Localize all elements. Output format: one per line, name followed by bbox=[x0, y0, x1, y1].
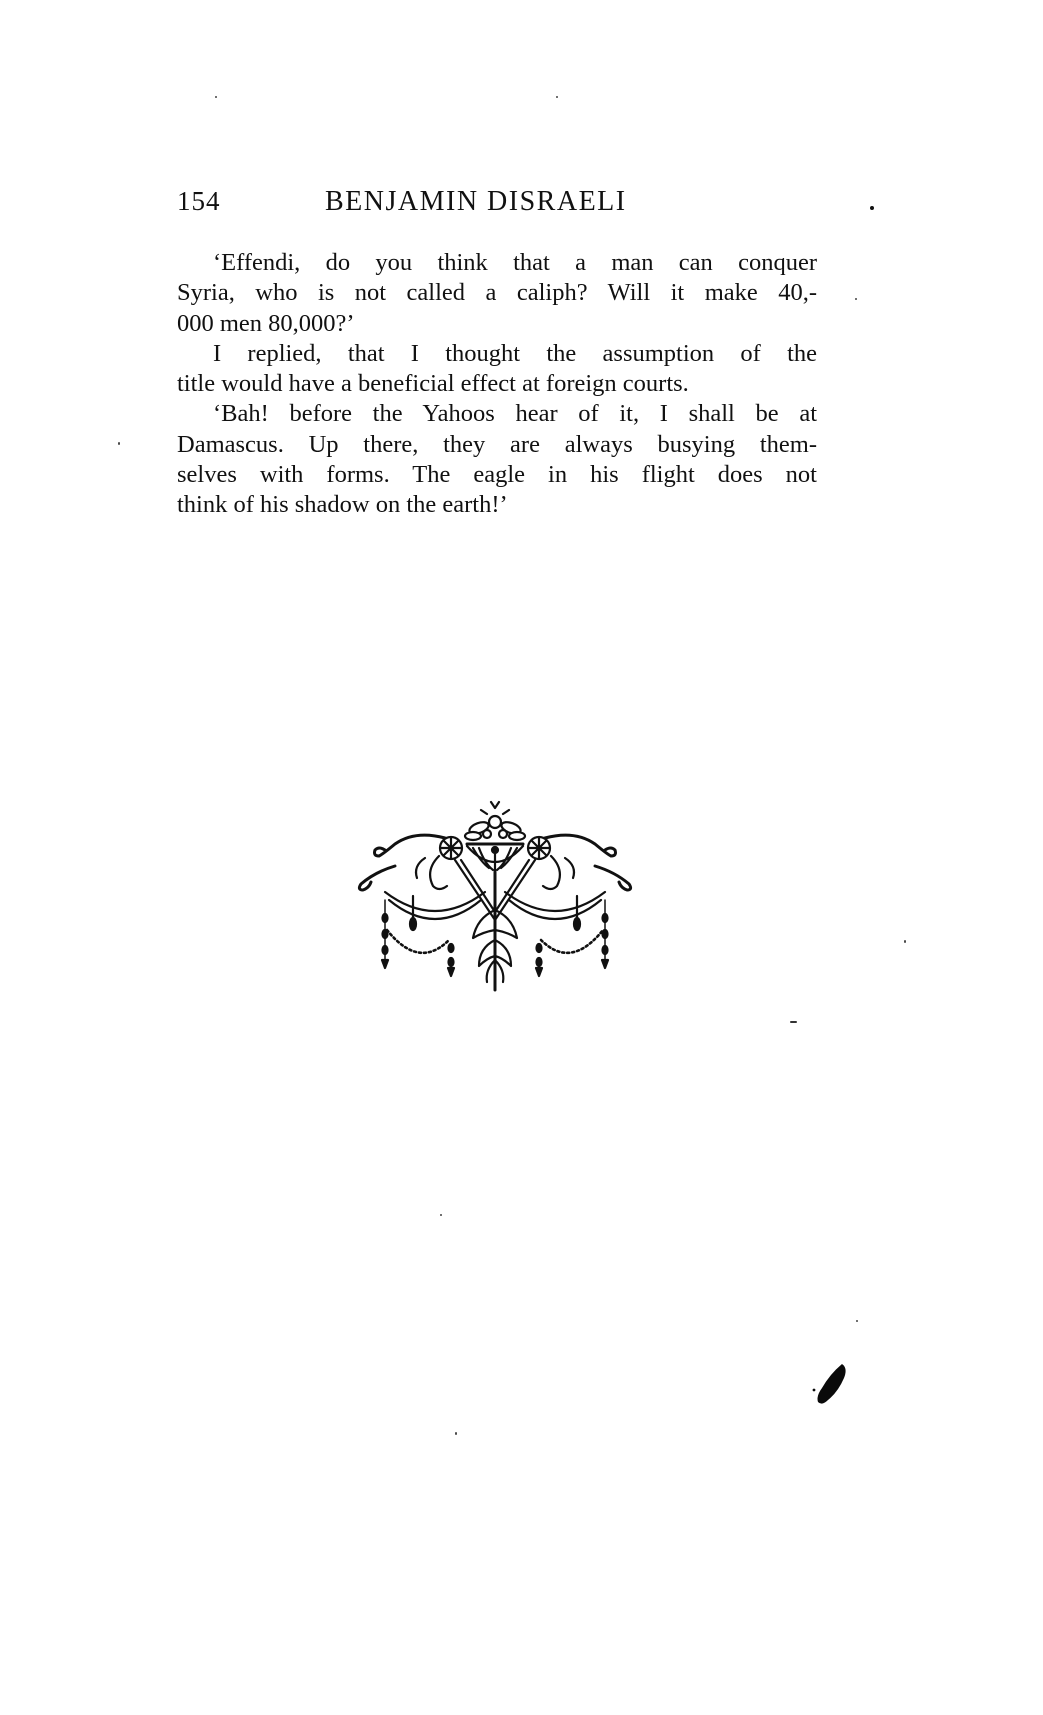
paragraph-3: ‘Bah! before the Yahoos hear of it, I sh… bbox=[177, 399, 817, 520]
page-number: 154 bbox=[177, 186, 221, 217]
text-line: I replied, that I thought the assumption… bbox=[177, 339, 817, 369]
text-line: Damascus. Up there, they are always busy… bbox=[177, 430, 817, 460]
text-line: title would have a beneficial effect at … bbox=[177, 369, 817, 399]
book-page: 154 BENJAMIN DISRAELI ‘Effendi, do you t… bbox=[0, 0, 1043, 1715]
paper-speck bbox=[440, 1214, 442, 1216]
text-line: 000 men 80,000?’ bbox=[177, 309, 817, 339]
paper-speck bbox=[455, 1432, 457, 1435]
rosette-right bbox=[528, 837, 550, 859]
running-head: 154 BENJAMIN DISRAELI bbox=[177, 186, 817, 226]
text-line: ‘Effendi, do you think that a man can co… bbox=[177, 248, 817, 278]
running-title: BENJAMIN DISRAELI bbox=[325, 186, 627, 218]
ink-blot-icon bbox=[812, 1362, 848, 1408]
paper-speck bbox=[556, 96, 558, 98]
text-line: ‘Bah! before the Yahoos hear of it, I sh… bbox=[177, 399, 817, 429]
paper-speck bbox=[856, 1320, 858, 1322]
paper-speck bbox=[870, 206, 874, 210]
text-line: think of his shadow on the earth!’ bbox=[177, 490, 817, 520]
text-line: Syria, who is not called a caliph? Will … bbox=[177, 278, 817, 308]
ornamental-vignette-icon bbox=[355, 800, 635, 992]
paper-speck bbox=[790, 1021, 797, 1023]
paper-speck bbox=[118, 442, 120, 445]
paper-speck bbox=[904, 940, 906, 943]
text-line: selves with forms. The eagle in his flig… bbox=[177, 460, 817, 490]
paragraph-1: ‘Effendi, do you think that a man can co… bbox=[177, 248, 817, 339]
rosette-left bbox=[440, 837, 462, 859]
paper-speck bbox=[215, 96, 217, 98]
paper-speck bbox=[855, 298, 857, 300]
floral-crown bbox=[465, 802, 525, 840]
paragraph-2: I replied, that I thought the assumption… bbox=[177, 339, 817, 400]
body-text: ‘Effendi, do you think that a man can co… bbox=[177, 248, 817, 521]
